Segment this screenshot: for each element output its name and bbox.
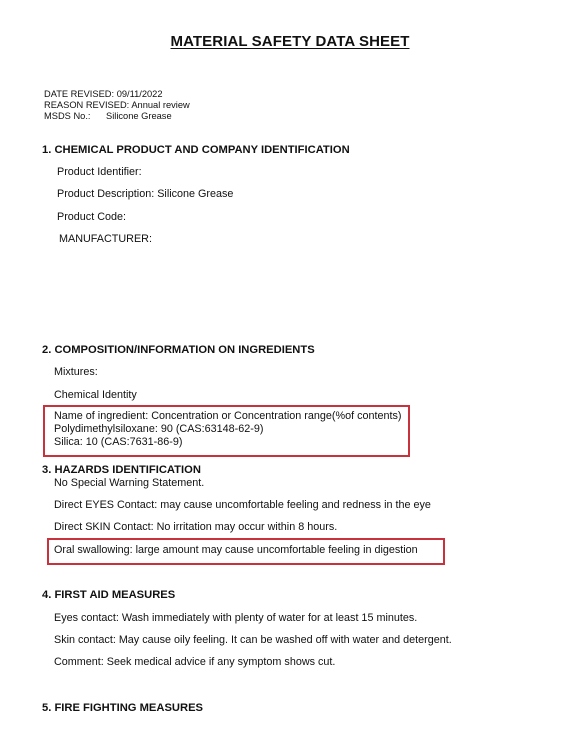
msds-no-value: Silicone Grease bbox=[106, 111, 172, 121]
product-identifier: Product Identifier: bbox=[57, 166, 142, 178]
product-description: Product Description: Silicone Grease bbox=[57, 188, 233, 200]
section-5-heading: 5. FIRE FIGHTING MEASURES bbox=[42, 702, 203, 714]
date-revised-value: 09/11/2022 bbox=[117, 89, 163, 99]
reason-revised-line: REASON REVISED: Annual review bbox=[44, 100, 190, 111]
section-1-heading: 1. CHEMICAL PRODUCT AND COMPANY IDENTIFI… bbox=[42, 144, 350, 156]
reason-revised-value: Annual review bbox=[131, 100, 189, 110]
no-special-warning: No Special Warning Statement. bbox=[54, 477, 204, 489]
document-title: MATERIAL SAFETY DATA SHEET bbox=[0, 33, 580, 50]
first-aid-skin: Skin contact: May cause oily feeling. It… bbox=[54, 634, 452, 646]
msds-no-line: MSDS No.:Silicone Grease bbox=[44, 111, 172, 122]
msds-no-label: MSDS No.: bbox=[44, 111, 95, 122]
reason-revised-label: REASON REVISED: bbox=[44, 100, 129, 110]
first-aid-comment: Comment: Seek medical advice if any symp… bbox=[54, 656, 335, 668]
chemical-identity-label: Chemical Identity bbox=[54, 389, 137, 401]
section-3-heading: 3. HAZARDS IDENTIFICATION bbox=[42, 464, 201, 476]
ingredient-header-line: Name of ingredient: Concentration or Con… bbox=[54, 410, 402, 423]
ingredient-silica: Silica: 10 (CAS:7631-86-9) bbox=[54, 436, 182, 449]
manufacturer: MANUFACTURER: bbox=[59, 233, 152, 245]
mixtures-label: Mixtures: bbox=[54, 366, 98, 378]
direct-eyes-contact: Direct EYES Contact: may cause uncomfort… bbox=[54, 499, 431, 511]
direct-skin-contact: Direct SKIN Contact: No irritation may o… bbox=[54, 521, 337, 533]
ingredient-polydimethylsiloxane: Polydimethylsiloxane: 90 (CAS:63148-62-9… bbox=[54, 423, 263, 436]
date-revised-line: DATE REVISED: 09/11/2022 bbox=[44, 89, 163, 100]
oral-swallowing: Oral swallowing: large amount may cause … bbox=[54, 544, 418, 557]
section-2-heading: 2. COMPOSITION/INFORMATION ON INGREDIENT… bbox=[42, 344, 315, 356]
first-aid-eyes: Eyes contact: Wash immediately with plen… bbox=[54, 612, 417, 624]
section-4-heading: 4. FIRST AID MEASURES bbox=[42, 589, 175, 601]
date-revised-label: DATE REVISED: bbox=[44, 89, 114, 99]
product-code: Product Code: bbox=[57, 211, 126, 223]
